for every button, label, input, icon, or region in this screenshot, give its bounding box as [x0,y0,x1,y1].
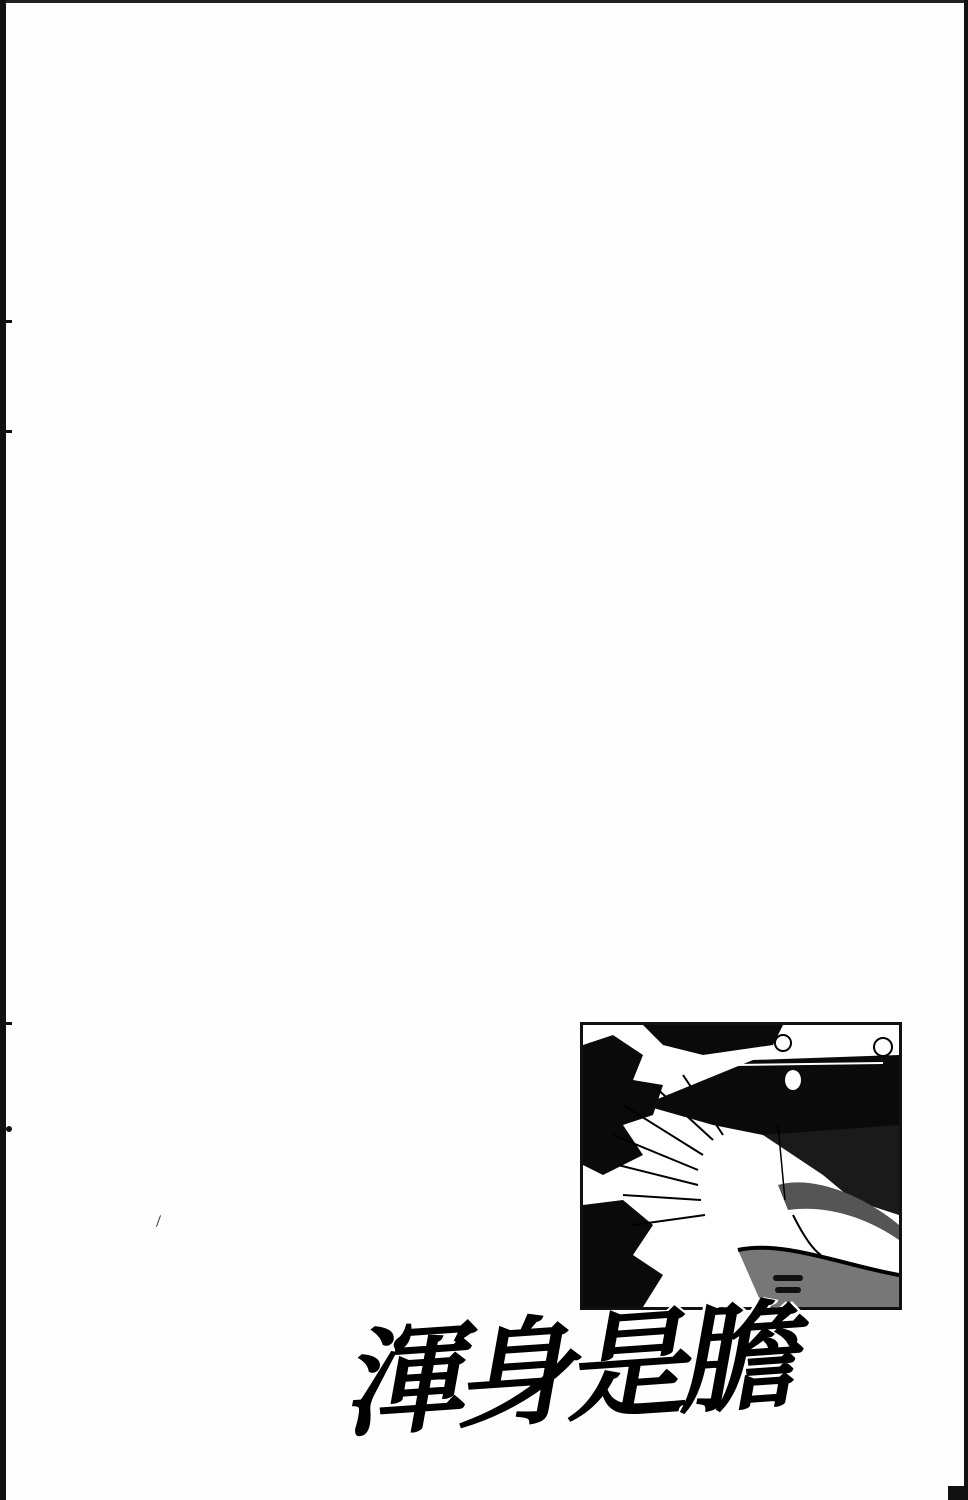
binding-mark [0,320,12,323]
scan-edge-corner [948,1486,968,1500]
scan-edge-left [0,0,6,1500]
scan-edge-top [0,0,968,3]
manga-page: 渾身是膽 [0,0,968,1500]
ink-speck [6,1126,12,1132]
scan-edge-right [964,0,968,1500]
illustration-panel [580,1022,902,1310]
ink-speck [156,1215,161,1227]
binding-mark [0,1022,12,1025]
chapter-title: 渾身是膽 [338,1280,811,1460]
binding-mark [0,430,12,433]
character-illustration [583,1025,899,1307]
